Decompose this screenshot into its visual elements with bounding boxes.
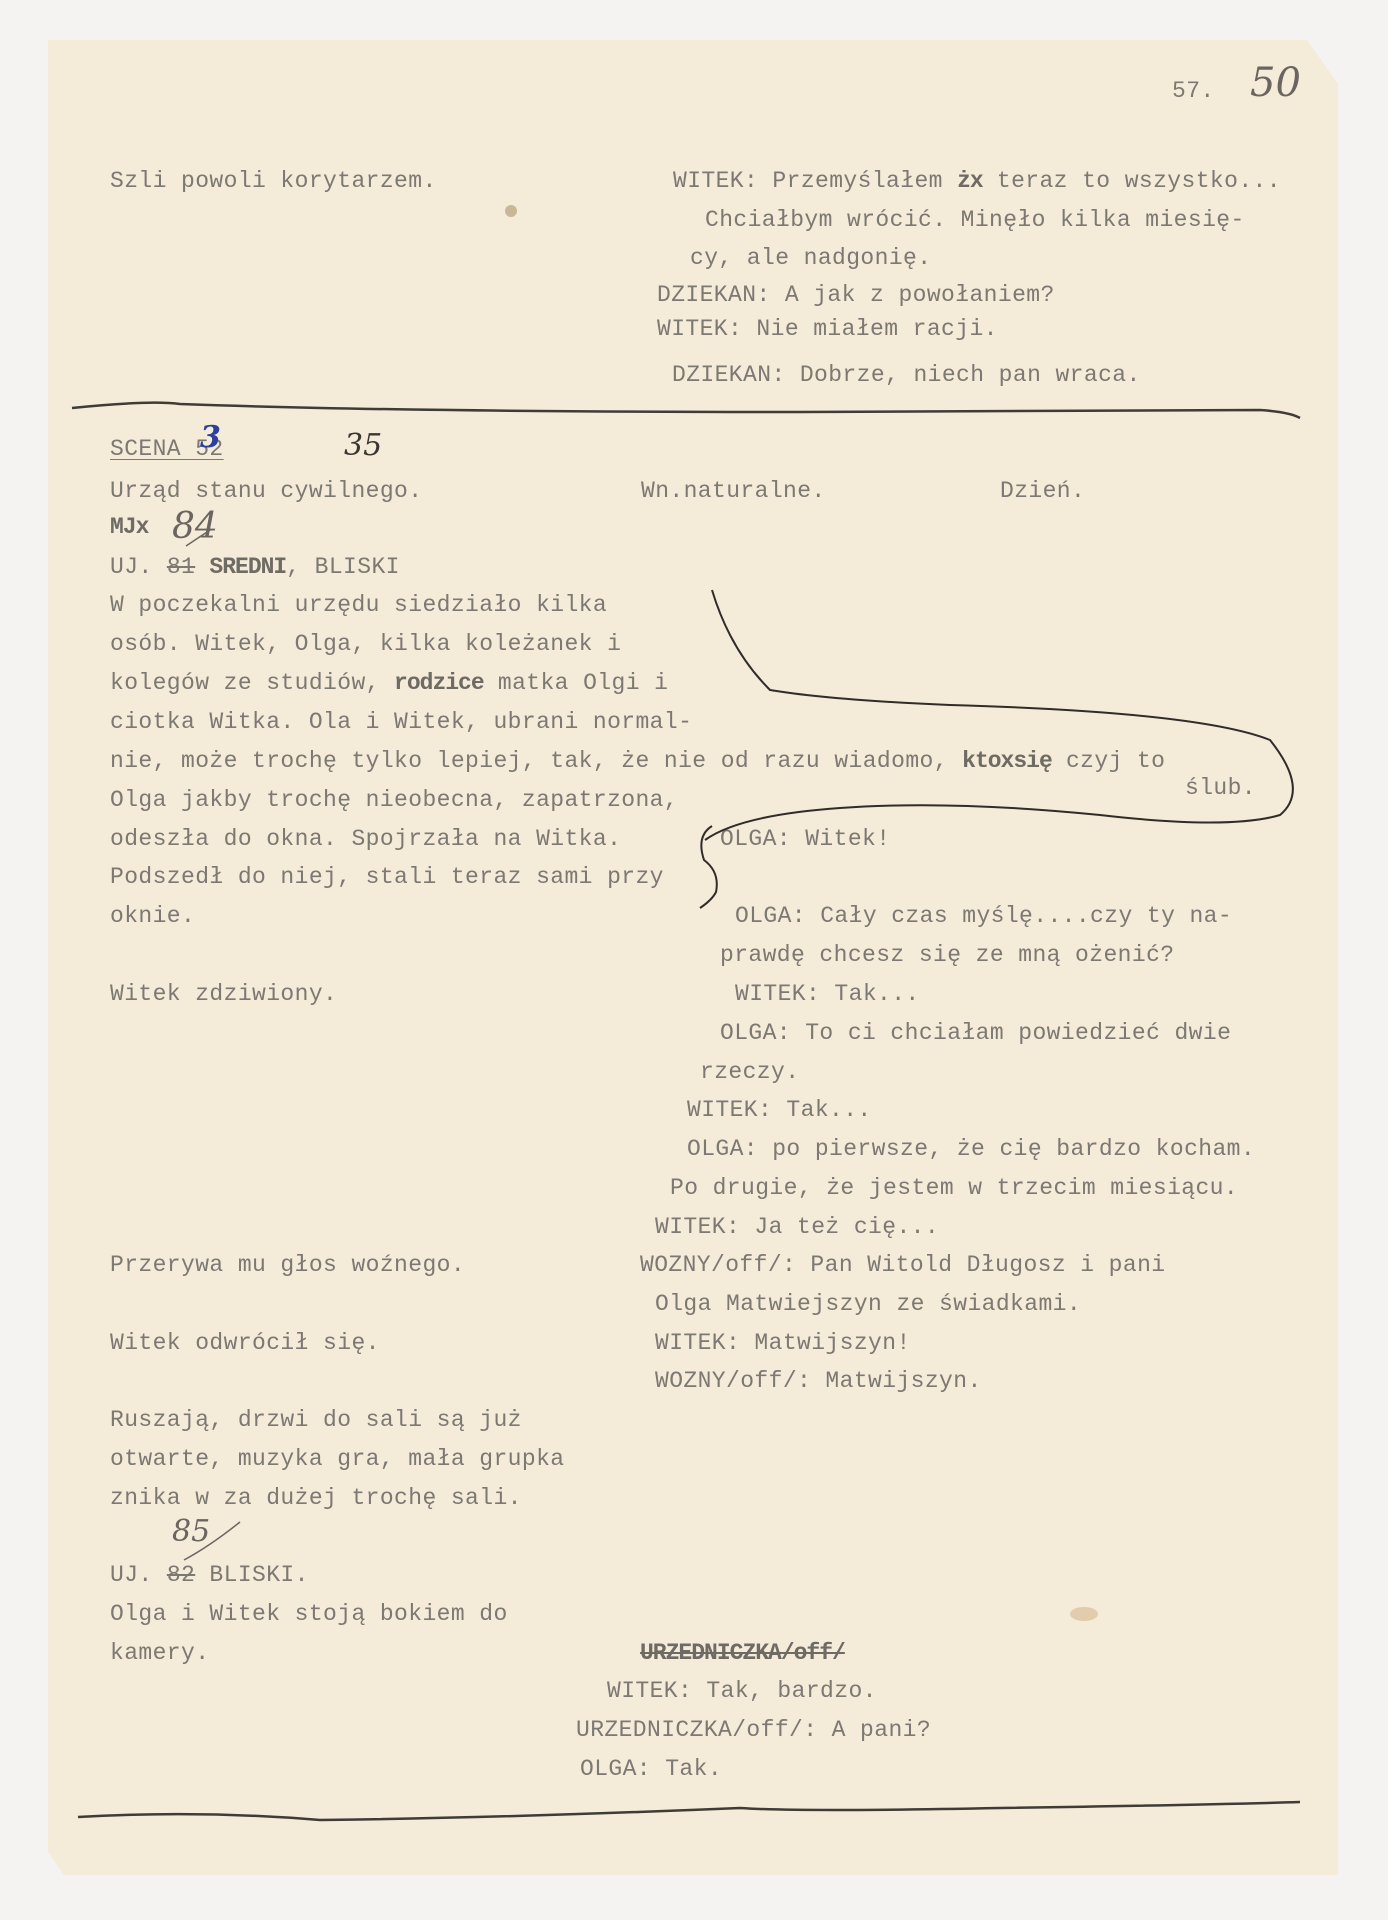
action-line: nie, może trochę tylko lepiej, tak, że n… xyxy=(110,748,1165,774)
dialogue-line: prawdę chcesz się ze mną ożenić? xyxy=(720,942,1174,968)
struck-shot-size: SREDNI xyxy=(209,554,286,580)
dialogue-line: WITEK: Ja też cię... xyxy=(655,1214,939,1240)
dialogue-line: WITEK: Tak... xyxy=(687,1097,872,1123)
dialogue-line: OLGA: Cały czas myślę....czy ty na- xyxy=(735,903,1232,929)
action-line: oknie. xyxy=(110,903,195,929)
dialogue-line: URZEDNICZKA/off/: A pani? xyxy=(576,1717,931,1743)
action-line: ciotka Witka. Ola i Witek, ubrani normal… xyxy=(110,709,692,735)
dialogue-line: Po drugie, że jestem w trzecim miesiącu. xyxy=(670,1175,1238,1201)
action-line: kamery. xyxy=(110,1640,209,1666)
dialogue-line: rzeczy. xyxy=(700,1059,799,1085)
struck-text: żx xyxy=(957,168,983,194)
dialogue-line: Olga Matwiejszyn ze świadkami. xyxy=(655,1291,1081,1317)
dialogue-line: WITEK: Nie miałem racji. xyxy=(657,316,998,342)
paper-stain xyxy=(1070,1607,1098,1621)
struck-speaker-line: URZEDNICZKA/off/ xyxy=(640,1640,845,1666)
action-line: Witek odwrócił się. xyxy=(110,1330,380,1356)
handwritten-shot-number: 84 xyxy=(172,506,218,547)
dialogue-line: DZIEKAN: A jak z powołaniem? xyxy=(657,282,1055,308)
dialogue-line: WITEK: Tak... xyxy=(735,981,920,1007)
dialogue-line: WITEK: Przemyślałem żx teraz to wszystko… xyxy=(673,168,1281,194)
dialogue-line: WOZNY/off/: Pan Witold Długosz i pani xyxy=(640,1252,1165,1278)
action-line: Ruszają, drzwi do sali są już xyxy=(110,1407,522,1433)
dialogue-line: OLGA: Tak. xyxy=(580,1756,722,1782)
dialogue-line: OLGA: Witek! xyxy=(720,826,890,852)
dialogue-line: DZIEKAN: Dobrze, niech pan wraca. xyxy=(672,362,1141,388)
struck-text: rodzice xyxy=(394,670,484,696)
paper-stain xyxy=(505,205,517,217)
shot-line: UJ. 82 BLISKI. xyxy=(110,1562,309,1588)
scene-lighting: Wn.naturalne. xyxy=(641,478,826,504)
dialogue-line: WITEK: Matwijszyn! xyxy=(655,1330,911,1356)
action-line: Witek zdziwiony. xyxy=(110,981,337,1007)
action-line: Przerywa mu głos woźnego. xyxy=(110,1252,465,1278)
action-line: Podszedł do niej, stali teraz sami przy xyxy=(110,864,664,890)
dialogue-line: WOZNY/off/: Matwijszyn. xyxy=(655,1368,982,1394)
scene-time: Dzień. xyxy=(1000,478,1085,504)
dialogue-line: cy, ale nadgonię. xyxy=(690,245,931,271)
action-line: odeszła do okna. Spojrzała na Witka. xyxy=(110,826,621,852)
action-line: Olga i Witek stoją bokiem do xyxy=(110,1601,508,1627)
action-line: znika w za dużej trochę sali. xyxy=(110,1485,522,1511)
dialogue-line: OLGA: To ci chciałam powiedzieć dwie xyxy=(720,1020,1231,1046)
dialogue-line: WITEK: Tak, bardzo. xyxy=(607,1678,877,1704)
action-line: Szli powoli korytarzem. xyxy=(110,168,437,194)
action-line: kolegów ze studiów, rodzice matka Olgi i xyxy=(110,670,668,696)
struck-shot-number: 82 xyxy=(167,1562,195,1588)
struck-shot-number: 81 xyxy=(167,554,195,580)
shot-line: UJ. 81 SREDNI, BLISKI xyxy=(110,554,400,580)
action-line: otwarte, muzyka gra, mała grupka xyxy=(110,1446,564,1472)
dialogue-line: Chciałbym wrócić. Minęło kilka miesię- xyxy=(705,207,1245,233)
typed-page-number: 57. xyxy=(1172,78,1215,104)
action-line: W poczekalni urzędu siedziało kilka xyxy=(110,592,607,618)
struck-text: ktoxsię xyxy=(962,748,1052,774)
action-line: Olga jakby trochę nieobecna, zapatrzona, xyxy=(110,787,678,813)
handwritten-page-number: 50 xyxy=(1250,60,1301,106)
handwritten-scene-number: 35 xyxy=(344,428,382,463)
action-line: osób. Witek, Olga, kilka koleżanek i xyxy=(110,631,621,657)
scene-location: Urząd stanu cywilnego. xyxy=(110,478,422,504)
scene-number-correction: 3 xyxy=(200,420,221,455)
struck-shot-label: MJx xyxy=(110,514,148,540)
dialogue-line: OLGA: po pierwsze, że cię bardzo kocham. xyxy=(687,1136,1255,1162)
action-line: ślub. xyxy=(1185,775,1256,801)
handwritten-shot-number: 85 xyxy=(172,1514,210,1549)
